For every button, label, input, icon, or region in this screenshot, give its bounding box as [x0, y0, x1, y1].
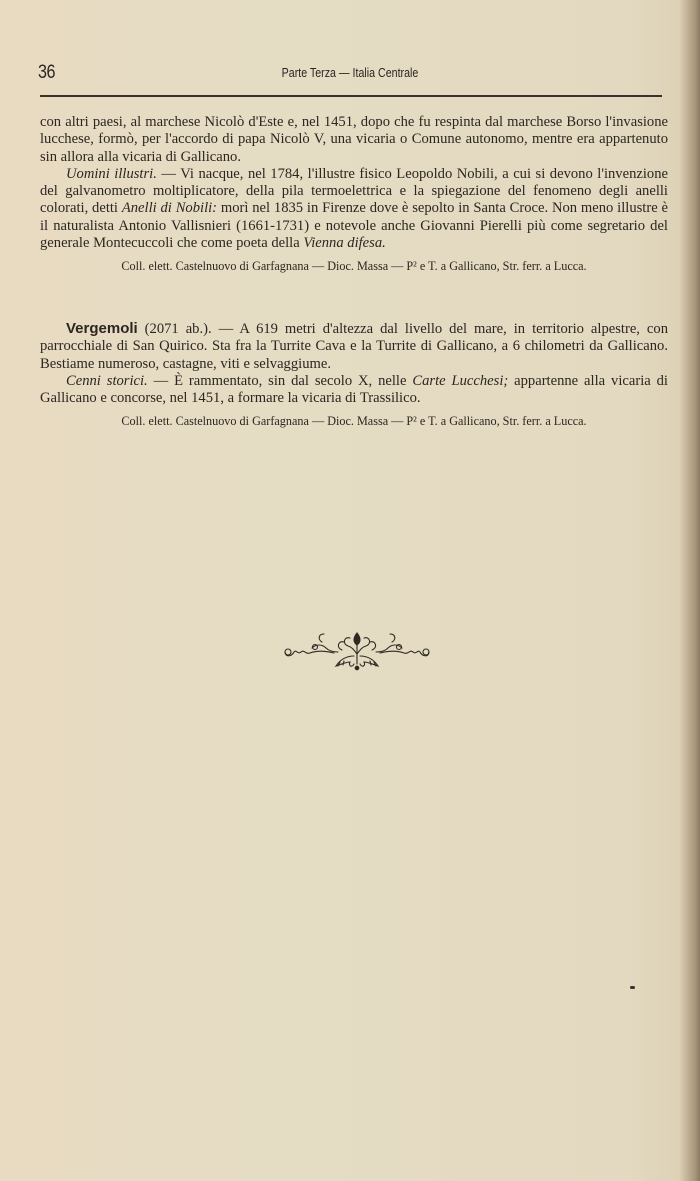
floral-ornament-icon: [282, 630, 432, 676]
book-page: 36 Parte Terza — Italia Centrale con alt…: [0, 0, 700, 1181]
paragraph-history: Cenni storici. — È rammentato, sin dal s…: [40, 373, 668, 408]
administrative-note: Coll. elett. Castelnuovo di Garfagnana —…: [40, 413, 668, 429]
paragraph-description: Vergemoli (2071 ab.). — A 619 metri d'al…: [40, 320, 668, 373]
italic-term: Anelli di Nobili:: [122, 200, 217, 216]
running-head: Parte Terza — Italia Centrale: [94, 65, 606, 80]
paragraph-notable-people: Uomini illustri. — Vi nacque, nel 1784, …: [40, 166, 668, 252]
entry-vergemoli: Vergemoli (2071 ab.). — A 619 metri d'al…: [40, 320, 668, 429]
section-heading: Cenni storici.: [66, 373, 148, 389]
paragraph-history-continued: con altri paesi, al marchese Nicolò d'Es…: [40, 114, 668, 166]
italic-title: Vienna difesa.: [303, 235, 385, 251]
page-header: 36 Parte Terza — Italia Centrale: [38, 62, 662, 84]
italic-term: Carte Lucchesi;: [412, 373, 508, 389]
ink-speck: [630, 986, 635, 989]
section-heading: Uomini illustri.: [66, 166, 157, 182]
page-number: 36: [38, 62, 55, 84]
administrative-note: Coll. elett. Castelnuovo di Garfagnana —…: [40, 258, 668, 274]
header-rule: [40, 95, 662, 97]
entry-trassilico-continued: con altri paesi, al marchese Nicolò d'Es…: [40, 114, 668, 274]
entry-name: Vergemoli: [66, 320, 138, 337]
